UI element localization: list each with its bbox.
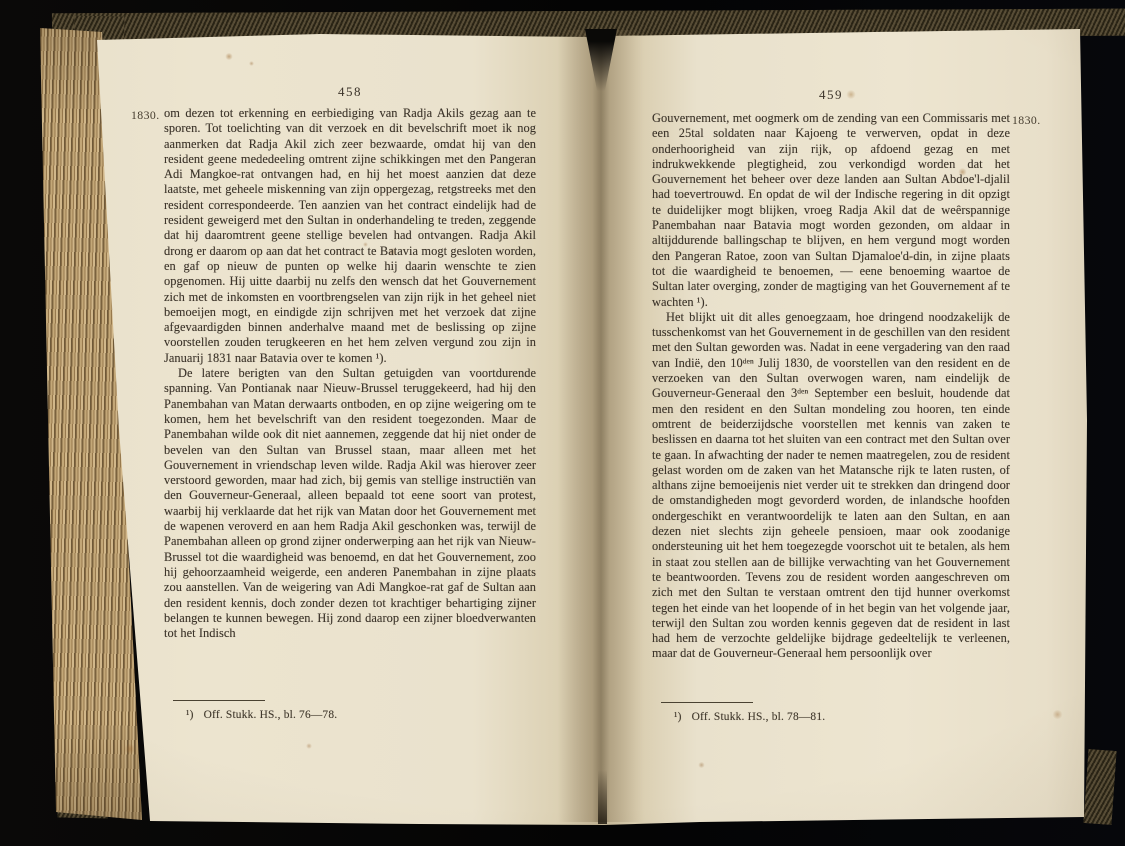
footnote-rule [661,702,753,703]
footnote-marker: ¹) [164,709,204,721]
footnote-text: Off. Stukk. HS., bl. 78—81. [692,711,826,723]
paragraph: om dezen tot erkenning en eerbiediging v… [164,106,536,366]
margin-year: 1830. [1012,113,1041,128]
footnote: ¹)Off. Stukk. HS., bl. 78—81. [652,711,1010,723]
body-text: Gouvernement, met oogmerk om de zending … [652,111,1010,662]
paragraph: De latere berigten van den Sultan getuig… [164,366,536,641]
gutter-bottom-crease [598,770,607,824]
margin-year: 1830. [131,108,160,123]
footnote: ¹)Off. Stukk. HS., bl. 76—78. [164,709,536,721]
page-number: 459 [652,87,1010,103]
footnote-rule [173,700,265,701]
footnote-text: Off. Stukk. HS., bl. 76—78. [204,709,338,721]
paragraph: Gouvernement, met oogmerk om de zending … [652,111,1010,310]
footnote-marker: ¹) [652,711,692,723]
book-cover-corner [1083,749,1116,825]
book-photo: 458 1830. om dezen tot erkenning en eerb… [0,0,1125,846]
paragraph: Het blijkt uit dit alles genoegzaam, hoe… [652,310,1010,662]
body-text: om dezen tot erkenning en eerbiediging v… [164,106,536,641]
page-number: 458 [164,84,536,100]
